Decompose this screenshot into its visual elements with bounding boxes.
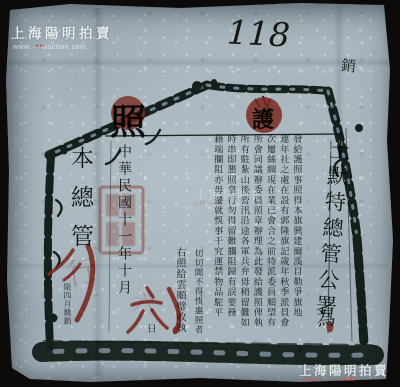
issued-to-line: 右照給雲順璧收執	[172, 247, 187, 339]
date-line: 中華民國十一年十月	[114, 144, 134, 304]
seal-character-zhao: 照	[110, 94, 146, 145]
body-column: 所有駐紮山後營汛沿途各軍兵弁毋稍留難如	[237, 134, 250, 349]
seal-character-hu: 護	[252, 103, 274, 134]
watermark-brand-top-left: 上海陽明拍賣	[11, 22, 113, 42]
cancel-mark: 銷	[340, 54, 357, 76]
body-column: 籍端攔阻亦毋遷就悞事干究運禁物品駝平	[211, 134, 224, 349]
handwritten-day-text: 六	[131, 286, 156, 319]
body-column: 所會同議辦委員照章辦理為此發給護照俾執	[250, 134, 263, 349]
date-suffix-ri: 日	[147, 321, 157, 335]
watermark-url-bottom-right: www.·······.com	[302, 376, 356, 383]
watermark-url-dots: •••••	[196, 202, 214, 208]
body-column: 連年社之處在設有郭隆旗記歲年秋季派員會	[277, 134, 290, 349]
body-column: 次屢絲綢現在業已會合之前特派委員順望有	[263, 134, 276, 349]
watermark-url-top-left: www.····auction.com	[13, 44, 86, 51]
body-text-block: 發給護照事照得本旗興建爾漢目勒爭旗地 連年社之處在設有郭隆旗記歲年秋季派員會 次…	[207, 134, 303, 349]
body-column: 時串即懇照拿行勿得留難攔阻歸有誤要務	[224, 134, 237, 349]
auction-photo: 照 護 銷 118 土默特總管公署 為 發給護照事照得本旗興建爾漢目勒爭旗地 連…	[0, 0, 400, 387]
watermark-brand-center: 上海陽明拍賣	[195, 186, 257, 203]
office-suffix-wei: 為	[315, 303, 337, 332]
body-column: 發給護照事照得本旗興建爾漢目勒爭旗地	[290, 134, 303, 349]
lot-number: 118	[226, 12, 291, 54]
body-column-final: 切切聞不得悞惠照者	[192, 249, 204, 341]
